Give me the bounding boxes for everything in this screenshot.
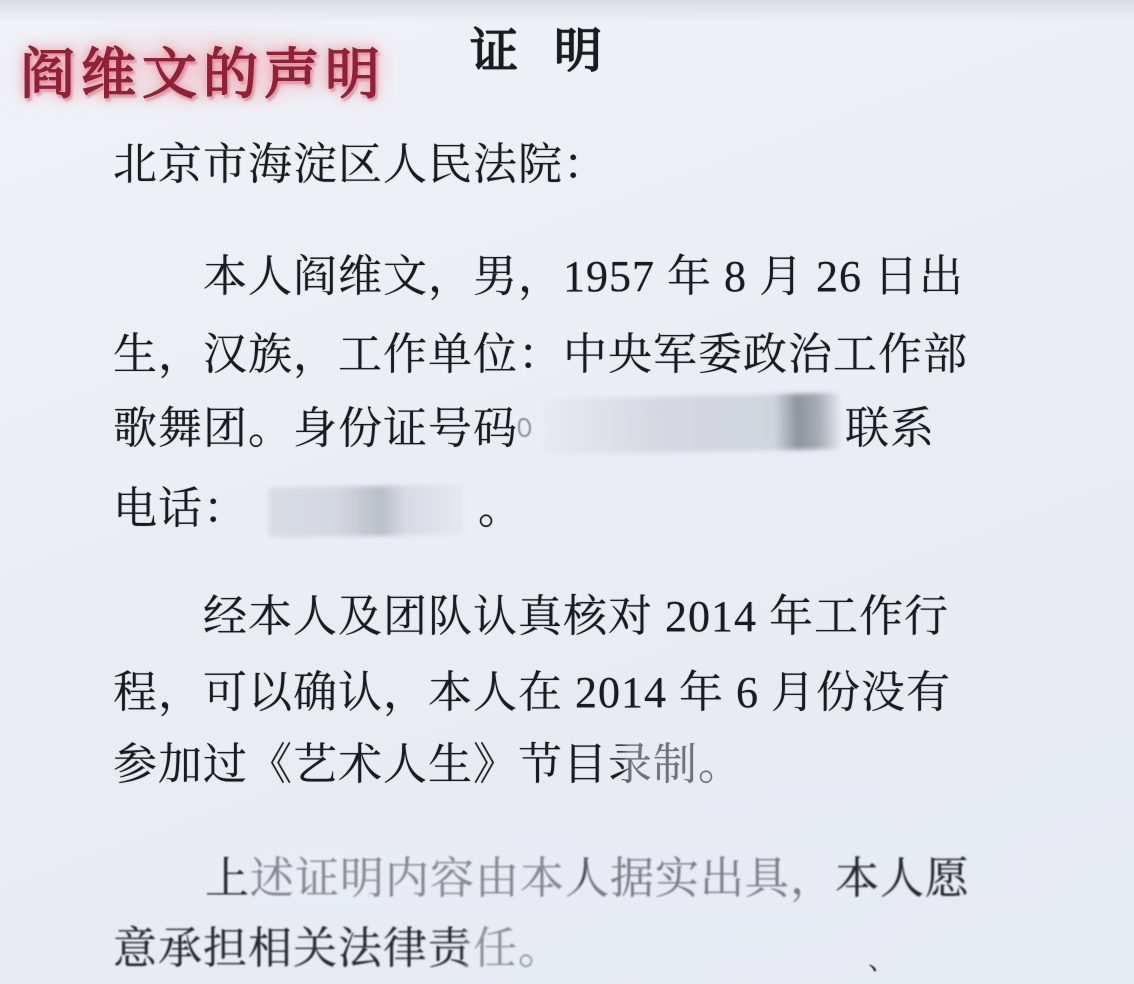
paragraph1-line4-prefix: 电话： xyxy=(113,484,248,535)
redacted-phone-number xyxy=(268,485,465,538)
paragraph1-line3-suffix: 联系 xyxy=(845,404,935,455)
paragraph2-line3: 参加过《艺术人生》节目录制。 xyxy=(113,740,743,791)
salutation-line: 北京市海淀区人民法院： xyxy=(113,140,608,191)
document-scan-page: 阎维文的声明 证 明 北京市海淀区人民法院： 本人阎维文，男，1957 年 8 … xyxy=(0,0,1134,984)
paragraph3-line2: 意承担相关法律责任。 xyxy=(113,924,563,975)
overlay-annotation-title: 阎维文的声明 xyxy=(20,30,386,109)
paragraph1-line1: 本人阎维文，男，1957 年 8 月 26 日出 xyxy=(203,252,964,303)
paragraph2-line1: 经本人及团队认真核对 2014 年工作行 xyxy=(203,592,949,643)
redacted-id-number xyxy=(539,393,840,455)
paragraph1-line2: 生，汉族，工作单位：中央军委政治工作部 xyxy=(113,330,968,381)
stray-comma-mark: 、 xyxy=(868,938,896,978)
scan-smudge-mark xyxy=(518,418,531,437)
paragraph3-line1: 上述证明内容由本人据实出具，本人愿 xyxy=(205,854,970,905)
document-title: 证 明 xyxy=(470,24,614,79)
paragraph2-line2: 程，可以确认，本人在 2014 年 6 月份没有 xyxy=(113,668,951,719)
paragraph1-line3-prefix: 歌舞团。身份证号码 xyxy=(113,404,518,455)
paragraph1-line4-suffix: 。 xyxy=(478,484,523,535)
